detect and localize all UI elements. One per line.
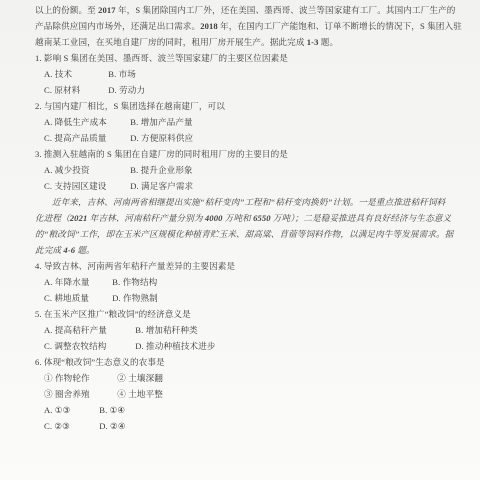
question-4-options-row-1: A. 年降水量 B. 作物结构 [35,274,452,290]
question-5-option-d: D. 推动种植技术进步 [135,338,215,354]
question-2-option-d: D. 方便原料供应 [130,130,193,146]
intro-paragraph-line-1: 以上的份额。至 2017 年，S 集团除国内工厂外，还在美国、墨西哥、波兰等国家… [35,2,452,18]
question-5-stem: 5. 在玉米产区推广“粮改饲”的经济意义是 [35,306,452,322]
question-6-option-b: B. ①④ [99,402,125,418]
question-6-item-2: ② 土壤深翻 [117,370,163,386]
question-3-option-c: C. 支持园区建设 [44,178,128,194]
passage-line-1: 近年来，吉林、河南两省相继提出实施“秸秆变肉”工程和“秸秆变肉换奶”计划。一是重… [35,194,452,210]
question-3-option-d: D. 满足客户需求 [130,178,193,194]
question-3-stem: 3. 推测入驻越南的 S 集团在自建厂房的同时租用厂房的主要目的是 [35,146,452,162]
question-1-stem: 1. 影响 S 集团在美国、墨西哥、波兰等国家建厂的主要区位因素是 [35,50,452,66]
passage-line-2: 化进程（2021 年吉林、河南秸秆产量分别为 4000 万吨和 6550 万吨）… [35,210,452,226]
question-4-option-b: B. 作物结构 [112,274,157,290]
question-4-option-d: D. 作物熟制 [112,290,158,306]
question-1-option-c: C. 原材料 [44,82,106,98]
question-4-option-a: A. 年降水量 [44,274,110,290]
question-2-options-row-2: C. 提高产品质量 D. 方便原料供应 [35,130,452,146]
question-5-option-a: A. 提高秸秆产量 [44,322,133,338]
question-1-option-d: D. 劳动力 [108,82,145,98]
question-6-items-row-1: ① 作物轮作 ② 土壤深翻 [35,370,452,386]
question-5-options-row-2: C. 调整农牧结构 D. 推动种植技术进步 [35,338,452,354]
question-3-options-row-2: C. 支持园区建设 D. 满足客户需求 [35,178,452,194]
passage-line-3: 的“粮改饲”工作，即在玉米产区规模化种植青贮玉米、甜高粱、苜蓿等饲料作物，以满足… [35,226,452,242]
question-6-item-4: ④ 土地平整 [117,386,163,402]
question-3-option-a: A. 减少投资 [44,162,128,178]
question-2-stem: 2. 与国内建厂相比，S 集团选择在越南建厂，可以 [35,98,452,114]
question-4-stem: 4. 导致吉林、河南两省年秸秆产量差异的主要因素是 [35,258,452,274]
question-1-option-b: B. 市场 [108,66,136,82]
question-3-option-b: B. 提升企业形象 [130,162,193,178]
question-5-option-c: C. 调整农牧结构 [44,338,133,354]
question-2-option-b: B. 增加产品产量 [130,114,193,130]
question-4-option-c: C. 耕地质量 [44,290,110,306]
passage-line-4: 此完成 4-6 题。 [35,242,452,258]
exam-page: 以上的份额。至 2017 年，S 集团除国内工厂外，还在美国、墨西哥、波兰等国家… [0,0,480,480]
question-6-options-row-2: C. ②③ D. ②④ [35,418,452,434]
question-2-option-c: C. 提高产品质量 [44,130,128,146]
question-1-option-a: A. 技术 [44,66,106,82]
question-6-options-row-1: A. ①③ B. ①④ [35,402,452,418]
question-6-stem: 6. 体现“粮改饲”生态意义的农事是 [35,354,452,370]
question-4-options-row-2: C. 耕地质量 D. 作物熟制 [35,290,452,306]
intro-paragraph-line-3: 越南某工业园，在买地自建厂房的同时，租用厂房开展生产。据此完成 1-3 题。 [35,34,452,50]
question-1-options-row-2: C. 原材料 D. 劳动力 [35,82,452,98]
question-6-option-d: D. ②④ [99,418,125,434]
question-6-item-1: ① 作物轮作 [44,370,115,386]
question-2-options-row-1: A. 降低生产成本 B. 增加产品产量 [35,114,452,130]
question-5-options-row-1: A. 提高秸秆产量 B. 增加秸秆种类 [35,322,452,338]
question-6-option-a: A. ①③ [44,402,97,418]
question-6-items-row-2: ③ 圈舍养殖 ④ 土地平整 [35,386,452,402]
question-3-options-row-1: A. 减少投资 B. 提升企业形象 [35,162,452,178]
question-6-item-3: ③ 圈舍养殖 [44,386,115,402]
question-5-option-b: B. 增加秸秆种类 [135,322,198,338]
question-6-option-c: C. ②③ [44,418,97,434]
question-2-option-a: A. 降低生产成本 [44,114,128,130]
question-1-options-row-1: A. 技术 B. 市场 [35,66,452,82]
intro-paragraph-line-2: 产品除供应国内市场外，还满足出口需求。2018 年，在国内工厂产能饱和、订单不断… [35,18,452,34]
